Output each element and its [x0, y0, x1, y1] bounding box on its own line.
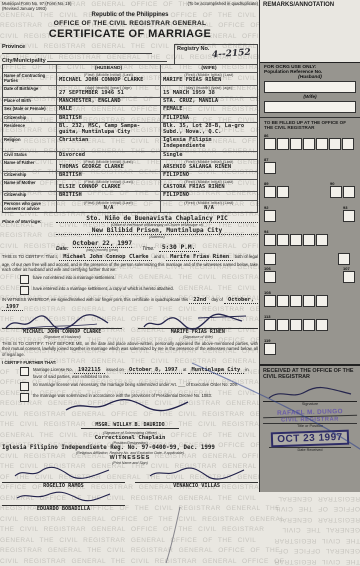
wife-citizenship: FILIPINA [163, 115, 255, 121]
husband-consent: N/A [59, 205, 158, 211]
option-1-text: have not entered into a marriage settlem… [33, 275, 115, 280]
date-caption: (day) (month) (year) [73, 248, 133, 252]
wife-mother: CASTORA FRIAS RIÑEN [163, 184, 255, 190]
row-label: Place of Birth [3, 98, 57, 105]
row-label: Citizenship [3, 115, 57, 122]
row-label: Name of Mother [3, 180, 57, 191]
received-at-office-box: RECEIVED AT THE OFFICE OF THE CIVIL REGI… [260, 364, 360, 454]
remarks-sidebar: REMARKS/ANNOTATION FOR OCRG USE ONLY: Po… [259, 0, 360, 492]
registry-no-value: 4--2152 [212, 48, 251, 61]
wife-civil-status: Single [163, 152, 255, 158]
year-value: 1997 [2, 304, 23, 311]
province-label: Province [2, 44, 25, 50]
husband-reference-field [264, 81, 356, 93]
husband-name: MICHAEL JOHN CONNOP CLARKE [59, 77, 158, 83]
code-group-86: 86 [260, 132, 360, 156]
settlement-option-2: have entered into a marriage settlement,… [20, 286, 258, 295]
title-block: Republic of the Philippines OFFICE OF TH… [2, 12, 258, 41]
checkbox-marriage-license [20, 367, 29, 376]
code-group-106-107: 106 107 [260, 265, 360, 289]
party-signatures: MICHAEL JOHN CONNOP CLARKE (Signature of… [2, 314, 258, 339]
license-date: October 8, 1997 [125, 367, 182, 374]
date-received-stamp: OCT 23 1997 [271, 430, 349, 448]
table-row-name: Name of Contracting Parties (First) (Mid… [3, 73, 257, 86]
day-of-label: day of [211, 297, 222, 302]
wife-name: MARIFE FRIAS RIÑEN [163, 77, 255, 83]
row-label: Persons who gave consent or advice [3, 201, 57, 213]
issued-on: issued on [106, 367, 124, 372]
witness-1-signature [13, 467, 113, 479]
code-group-87: 87 [260, 156, 360, 180]
row-label: Name of Father [3, 160, 57, 171]
quadruplicate-note: (To be accomplished in quadruplicate) [187, 1, 258, 11]
wife-column-header: (WIFE) [161, 65, 257, 72]
pen-stroke-bottom [150, 505, 210, 565]
table-row-citizenship: Citizenship BRITISH FILIPINA [3, 115, 257, 123]
husband-citizenship: BRITISH [59, 115, 158, 121]
option-2-text: have entered into a marriage settlement,… [33, 286, 174, 291]
officer-signature-line [2, 403, 258, 413]
license-place: Muntinlupa City [188, 367, 245, 374]
received-title: RECEIVED AT THE OFFICE OF THE CIVIL REGI… [263, 368, 357, 381]
officer-certification-paragraph: THIS IS TO CERTIFY: THAT BEFORE ME, on t… [2, 341, 258, 358]
checkbox-settlement [20, 286, 29, 295]
wife-birthdate: 15 MARCH 1959 38 [163, 90, 255, 96]
and-i: and I, [154, 254, 165, 259]
husband-father-citizenship: BRITISH [59, 172, 158, 178]
witness-2-signature [13, 490, 113, 502]
marriage-address-value: New Bilibid Prison, Muntinlupa City [56, 227, 258, 235]
husband-sex: MALE [59, 106, 158, 112]
table-row-father: Name of Father (First) (Middle Initial) … [3, 160, 257, 172]
officer-typed-name: MSGR. WILLAY B. DAURIDO [81, 422, 178, 429]
code-group-119: 119 [260, 337, 360, 361]
checkbox-no-settlement [20, 275, 29, 284]
wife-signature-caption: (Signature of Wife) [138, 335, 258, 339]
city-field [47, 61, 167, 62]
table-row-mother-citizenship: Citizenship BRITISH FILIPINO [3, 192, 257, 200]
row-label: Citizenship [3, 172, 57, 179]
registry-header: Province City/Municipality Registry No. … [2, 44, 258, 64]
place-of-marriage-section: Place of Marriage: Sto. Niño de Buenavis… [2, 215, 258, 252]
registrar-signature-line [263, 385, 357, 402]
time-label: Time: [142, 246, 154, 252]
husband-religion: Christian [59, 137, 158, 143]
wife-consent: N/A [163, 205, 255, 211]
place-of-marriage-label: Place of Marriage: [2, 215, 56, 252]
code-group-94: 94 [260, 228, 360, 252]
husband-mother: ELSIE CONNOP CLARKE [59, 184, 158, 190]
witness-3-signature [147, 467, 247, 479]
province-city-block: Province City/Municipality [2, 44, 174, 64]
wife-reference-field [264, 101, 356, 113]
wife-birthplace: STA. CRUZ, MANILA [163, 98, 255, 104]
no-license-option: no marriage license was necessary, the m… [20, 382, 258, 391]
row-label: Name of Contracting Parties [3, 73, 57, 85]
registrar-signature [265, 385, 355, 403]
remarks-annotation-box: REMARKS/ANNOTATION [260, 0, 360, 63]
marriage-date-value: October 22, 1997 [73, 240, 133, 248]
wife-name-inline: Marife Frias Riñen [166, 254, 233, 261]
husband-signature-block: MICHAEL JOHN CONNOP CLARKE (Signature of… [2, 314, 122, 339]
form-revision: (Revised January 1993) [2, 6, 71, 11]
checkbox-pd1083 [20, 393, 29, 402]
registry-no-label: Registry No. [177, 46, 209, 52]
husband-father: THOMAS GEORGE CLARKE [59, 164, 158, 170]
certificate-title: CERTIFICATE OF MARRIAGE [2, 28, 258, 42]
corner-cell [3, 65, 57, 72]
husband-signature [2, 314, 112, 332]
husband-residence: Bl. 232, MSC, Camp Sampa-guita, Muntinlu… [59, 123, 158, 135]
code-group-89-90: 89 90 [260, 180, 360, 204]
husband-birthplace: MANCHESTER, ENGLAND [59, 98, 158, 104]
row-label: Sex (Male or Female) [3, 106, 57, 113]
witness-1-name: ROGELIO RAMOS [2, 482, 125, 489]
city-label: City/Municipality [2, 58, 46, 64]
husband-ref-label: (Husband) [264, 75, 356, 80]
husband-signature-caption: (Signature of Husband) [2, 335, 122, 339]
bleedthrough-text: THE CIVIL REGISTRAR GENERAL OFFICE OF TH… [260, 486, 360, 566]
code-group-92-93: 92 93 [260, 204, 360, 228]
table-row-residence: Residence Bl. 232, MSC, Camp Sampa-guita… [3, 123, 257, 137]
table-row-mother: Name of Mother (First) (Middle Initial) … [3, 180, 257, 192]
code-group-unlabeled [260, 252, 360, 265]
ocrg-use-block: FOR OCRG USE ONLY: Population Reference … [260, 63, 360, 117]
officer-signature-block: MSGR. WILLAY B. DAURIDO (Signature of So… [2, 403, 258, 465]
fill-up-note: TO BE FILLED UP AT THE OFFICE OF THE CIV… [260, 117, 360, 132]
husband-signature-line [2, 314, 122, 329]
table-row-civil-status: Civil Status Divorced Single [3, 152, 257, 160]
marriage-time-value: 5:30 P.M. [159, 244, 199, 252]
no-license-text: no marriage license was necessary, the m… [33, 382, 238, 387]
witness-3-name: VENANCIO VILLAS [135, 482, 258, 489]
code-group-108: 108 [260, 289, 360, 313]
husband-civil-status: Divorced [59, 152, 158, 158]
place-of-marriage-value: Sto. Niño de Buenavista Chaplaincy PIC [56, 215, 258, 223]
witness-column-left: ROGELIO RAMOS EDUARDO BOBADILLA [2, 466, 125, 512]
form-header-row: Municipal Form No. 97 (Form No. 19) (Rev… [2, 1, 258, 11]
wife-signature-block: MARIFE FRIAS RIÑEN (Signature of Wife) [138, 314, 258, 339]
day-value: 22nd [189, 297, 210, 304]
husband-mother-citizenship: BRITISH [59, 192, 158, 198]
checkbox-no-license [20, 382, 29, 391]
row-label: Citizenship [3, 192, 57, 199]
table-row-sex: Sex (Male or Female) MALE FEMALE [3, 106, 257, 114]
wife-residence: Blk. 35, Lot 28-B, La-gro Subd., Nova., … [163, 123, 255, 135]
row-label: Religion [3, 137, 57, 150]
table-row-father-citizenship: Citizenship BRITISH FILIPINO [3, 172, 257, 180]
witness-2-name: EDUARDO BOBADILLA [2, 505, 125, 512]
parties-table: (HUSBAND) (WIFE) Name of Contracting Par… [2, 64, 258, 213]
license-pre: Marriage License No. [33, 367, 73, 372]
witnesses-caption: (Print Name and Sign) [2, 461, 258, 465]
at-word: at [183, 367, 187, 372]
license-number: 1922115 [74, 367, 105, 374]
date-time-line: Date: October 22, 1997 (day) (month) (ye… [56, 240, 258, 252]
wife-sex: FEMALE [163, 106, 255, 112]
code-number: 119 [264, 338, 356, 343]
officer-signature [62, 398, 192, 414]
row-label: Civil Status [3, 152, 57, 159]
form-body: Municipal Form No. 97 (Form No. 19) (Rev… [2, 1, 258, 512]
row-label: Date of Birth/Age [3, 86, 57, 97]
witnesses-section: ROGELIO RAMOS EDUARDO BOBADILLA VENANCIO… [2, 466, 258, 512]
husband-birthdate: 27 SEPTEMBER 1946 51 [59, 90, 158, 96]
row-label: Residence [3, 123, 57, 136]
form-number-block: Municipal Form No. 97 (Form No. 19) (Rev… [2, 1, 71, 11]
husband-name-inline: Michael John Connop Clarke [59, 254, 152, 261]
address-caption: (Address) [56, 235, 258, 239]
code-group-113: 113 [260, 313, 360, 337]
parties-certification-paragraph: THIS IS TO CERTIFY: That I, Michael John… [2, 254, 258, 273]
witness-whereof-clause: IN WITNESS WHEREOF, we signed/marked wit… [2, 297, 258, 312]
wife-signature-line [138, 314, 258, 329]
republic-line: Republic of the Philippines [2, 12, 258, 20]
witness-column-right: VENANCIO VILLAS [135, 466, 258, 512]
table-row-religion: Religion Christian Iglesia Filipin Indep… [3, 137, 257, 151]
office-line: OFFICE OF THE CIVIL REGISTRAR GENERAL [2, 20, 258, 28]
table-row-birth: Date of Birth/Age (day) (month) (year) (… [3, 86, 257, 98]
registry-no-box: Registry No. 4--2152 [174, 44, 258, 64]
license-option-text: Marriage License No. 1922115 issued on O… [33, 367, 258, 379]
wife-mother-citizenship: FILIPINO [163, 192, 255, 198]
certify-further-label: I CERTIFY FURTHER THAT: [2, 360, 258, 366]
license-option: Marriage License No. 1922115 issued on O… [20, 367, 258, 379]
wife-religion: Iglesia Filipin Independiente [163, 137, 255, 149]
table-row-birthplace: Place of Birth MANCHESTER, ENGLAND STA. … [3, 98, 257, 106]
certificate-of-marriage-scan: { "meta": { "form_no": "Municipal Form N… [0, 0, 360, 566]
title-position-caption: Title or Position [263, 423, 357, 428]
wife-ref-label: (Wife) [264, 95, 356, 100]
husband-column-header: (HUSBAND) [57, 65, 161, 72]
code-number: 87 [264, 157, 356, 162]
month-value: October, [224, 297, 258, 304]
settlement-option-1: have not entered into a marriage settlem… [20, 275, 258, 284]
wife-father-citizenship: FILIPINO [163, 172, 255, 178]
wife-father: ARSENIO SALANGA RIÑEN [163, 164, 255, 170]
table-row-consent: Persons who gave consent or advice (Firs… [3, 201, 257, 213]
date-received-caption: Date Received [269, 447, 351, 452]
date-label: Date: [56, 246, 69, 252]
province-field [2, 53, 152, 54]
wife-signature [138, 314, 248, 332]
certify-intro: THIS IS TO CERTIFY: That I, [2, 254, 58, 259]
witness-clause-text: IN WITNESS WHEREOF, we signed/marked wit… [2, 297, 188, 302]
table-header-row: (HUSBAND) (WIFE) [3, 65, 257, 73]
